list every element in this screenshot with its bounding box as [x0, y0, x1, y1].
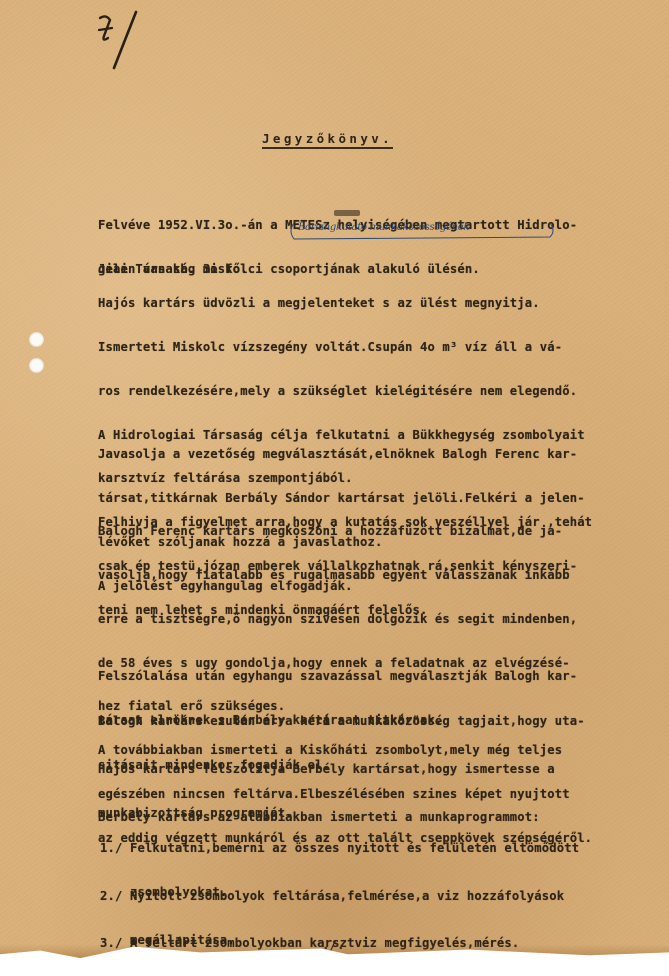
- punch-hole: [29, 332, 44, 347]
- item-number: 1./: [100, 841, 122, 855]
- text-line: Balogh kartárs ezután arra kéri a munkak…: [98, 714, 585, 729]
- text-line: Ismerteti Miskolc vízszegény voltát.Csup…: [98, 340, 592, 355]
- continuation-mark: ./.: [322, 937, 345, 952]
- text-line: erre a tisztségre,ő nagyon szivesen dolg…: [98, 612, 592, 627]
- text-line: Hajós kartárs felszólitja Berbély kartár…: [98, 762, 555, 777]
- text-line: Felszólalása után egyhangu szavazással m…: [98, 669, 577, 684]
- text-line: 3./ A feltárt zsombolyokban karsztviz me…: [100, 936, 519, 951]
- annotation-text: Barlangkutató munkaközösségének: [298, 222, 469, 233]
- typed-strikeout: [334, 210, 360, 216]
- item-number: 3./: [100, 936, 122, 950]
- text-line: Balogh Ferenc kartárs megköszöni a hozzá…: [98, 524, 592, 539]
- text-line: Hajós kartárs üdvözli a megjelenteket s …: [98, 296, 592, 311]
- item-number: 2./: [100, 889, 122, 903]
- handwritten-page-number: [96, 8, 146, 72]
- document-title: Jegyzőkönyv.: [262, 131, 393, 149]
- text-line: Javasolja a vezetőség megválasztását,eln…: [98, 447, 585, 462]
- text-line: vasolja,hogy fiatalabb és rugalmasabb eg…: [98, 568, 592, 583]
- text-line: 2./ Nyitott zsombolyok feltárása,felméré…: [100, 889, 564, 904]
- scanned-page: Jegyzőkönyv. Felvéve 1952.VI.3o.-án a ME…: [0, 0, 669, 962]
- text-line: ros rendelkezésére,mely a szükséglet kie…: [98, 384, 592, 399]
- handwritten-annotation: Barlangkutató munkaközösségének: [288, 221, 556, 241]
- text-line: 1./ Felkutatni,bemérni az összes nyitott…: [100, 841, 579, 856]
- punch-hole: [29, 358, 44, 373]
- program-item-3: 3./ A feltárt zsombolyokban karsztviz me…: [100, 907, 519, 976]
